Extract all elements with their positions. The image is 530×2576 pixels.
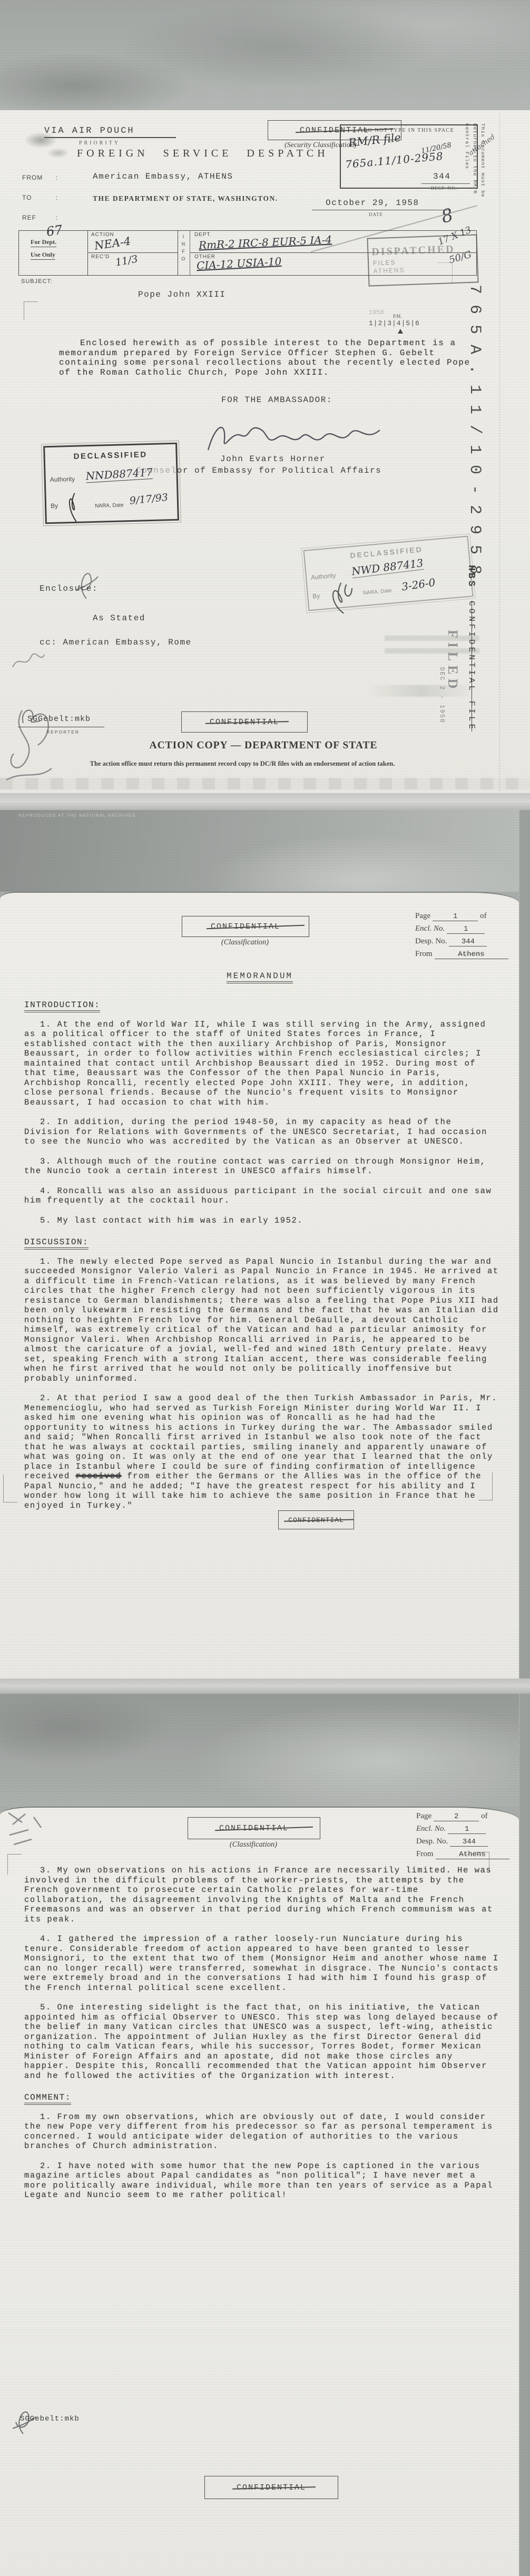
to-label: TO (22, 194, 32, 201)
page3-header-block: Page 2 of Encl. No. 1 Desp. No. 344 From… (416, 1812, 522, 1862)
subject-label: SUBJECT: (21, 278, 53, 285)
despatch-body-paragraph: Enclosed herewith as of possible interes… (59, 338, 471, 377)
received-stamp-year: 1958 (369, 309, 384, 316)
memo-paragraph: 5. One interesting sidelight is the fact… (24, 2003, 499, 2081)
footer-classification-page3: CONFIDENTIAL (237, 2483, 306, 2492)
classification-caption-page3: (Classification) (188, 1840, 319, 1849)
memo-paragraph: 4. I gathered the impression of a rather… (24, 1934, 499, 1993)
declassified1-authority-label: Authority (50, 475, 75, 483)
page-value: 2 (434, 1812, 479, 1821)
archives-note: REPRODUCED AT THE NATIONAL ARCHIVES (18, 813, 136, 818)
do-not-type-box: DO NOT TYPE IN THIS SPACE RM/R file 11/2… (340, 124, 478, 189)
encl-label: Encl. No. (415, 924, 445, 933)
despatch-body: Enclosed herewith as of possible interes… (59, 338, 471, 377)
desp-no-underline (421, 183, 470, 184)
from-value-p3: Athens (436, 1850, 509, 1859)
page2-body: INTRODUCTION: 1. At the end of World War… (24, 998, 499, 1520)
corner-bracket-right (437, 262, 453, 284)
declassified2-date: 3-26-0 (401, 576, 436, 593)
recd-label: REC'D (91, 254, 110, 260)
declassified2-by-label: By (312, 592, 320, 600)
for-the-ambassador: FOR THE AMBASSADOR: (221, 395, 332, 405)
discussion-heading: DISCUSSION: (24, 1237, 89, 1250)
classification-stamp-page2: CONFIDENTIAL (211, 922, 280, 931)
action-copy-title: ACTION COPY — DEPARTMENT OF STATE (121, 740, 406, 752)
memorandum-title: MEMORANDUM (227, 971, 293, 983)
do-not-type-label: DO NOT TYPE IN THIS SPACE (341, 128, 477, 133)
action-row-divider (88, 252, 178, 253)
to-colon: : (56, 194, 57, 201)
memo-paragraph: 2. In addition, during the period 1948-5… (24, 1117, 499, 1147)
desp-no-label: DESP. NO. (431, 186, 457, 191)
classification-box-page2: CONFIDENTIAL (182, 916, 309, 937)
margin-filed-stamp: FILED (445, 630, 460, 692)
declassified-stamp-1: DECLASSIFIED Authority NND887417 By NARA… (43, 443, 179, 524)
footer-classification-box-page2: CONFIDENTIAL (278, 1510, 354, 1529)
page-title: FOREIGN SERVICE DESPATCH (77, 148, 329, 160)
page3-bracket-left (7, 1854, 22, 1875)
declassified1-title: DECLASSIFIED (45, 450, 175, 462)
declassified2-by-signature (325, 579, 358, 618)
via-air-pouch-label: VIA AIR POUCH (44, 126, 176, 138)
classification-box-page3: CONFIDENTIAL (188, 1817, 320, 1839)
corner-bracket-top-left (24, 301, 38, 320)
from-label-p2: From (415, 950, 433, 959)
footer-classification-box-page1: CONFIDENTIAL (181, 711, 308, 733)
page-value: 1 (433, 912, 478, 921)
desp-number-row: Desp. No. 344 (415, 937, 521, 950)
desp-value: 344 (450, 1838, 488, 1847)
from-colon: : (56, 174, 57, 181)
reporter-label: REPORTER (46, 729, 80, 735)
declassified1-nara-label: NARA, Date (95, 502, 124, 509)
page3-body: 3. My own observations on his actions in… (24, 1866, 499, 2210)
scan2-top-gray-band (0, 810, 530, 892)
scan1-top-gray-band (0, 0, 530, 112)
cc-line: cc: American Embassy, Rome (40, 638, 192, 647)
declassified2-nara-label: NARA, Date (363, 588, 392, 597)
declassified1-by-label: By (51, 502, 58, 510)
declassified1-date: 9/17/93 (129, 492, 169, 507)
introduction-heading: INTRODUCTION: (24, 1000, 100, 1012)
info-label: INFO (181, 234, 186, 264)
received-stamp-arrow-icon (398, 329, 403, 334)
classification-stamp-page3: CONFIDENTIAL (219, 1824, 289, 1833)
margin-dec-date-stamp: DEC 2 - 1958 (438, 667, 445, 724)
encl-number-row: Encl. No. 1 (416, 1824, 522, 1837)
scan2-right-margin (519, 810, 530, 1679)
discussion-p2-struck-word: received (76, 1471, 122, 1481)
declassified1-authority-value: NND887417 (85, 466, 153, 483)
from-label: FROM (22, 174, 43, 181)
memo-paragraph: 3. Although much of the routine contact … (24, 1157, 499, 1176)
footer-classification-page2: CONFIDENTIAL (288, 1516, 344, 1524)
scan-separator-1 (0, 793, 530, 810)
page-number-row: Page 2 of (416, 1812, 522, 1824)
of-label: of (480, 912, 487, 921)
memo-paragraph: 1. The newly elected Pope served as Papa… (24, 1257, 499, 1384)
page3-pencil-marks (4, 1807, 55, 1852)
declassified2-authority-label: Authority (311, 572, 336, 581)
margin-confidential-file: CONFIDENTIAL FILE (467, 601, 476, 731)
received-stamp-pm: P.M. (393, 314, 402, 319)
ref-colon: : (56, 214, 57, 221)
encl-value: 1 (447, 925, 485, 934)
dept-label: DEPT. (194, 232, 212, 238)
reporter-underline (18, 727, 104, 727)
for-dept-label: For Dept. (31, 238, 56, 247)
handwritten-file-number: 765a.11/10-2958 (345, 150, 444, 171)
from-value: American Embassy, ATHENS (93, 172, 233, 181)
margin-hbs: HBS (466, 565, 476, 588)
page2-bracket-left (3, 1475, 17, 1502)
from-label-p3: From (416, 1850, 434, 1859)
encl-value: 1 (448, 1825, 486, 1834)
handwritten-rmr-file: RM/R file (348, 131, 401, 149)
info-cell: INFO (178, 231, 190, 275)
page2-header-block: Page 1 of Encl. No. 1 Desp. No. 344 From… (415, 912, 521, 962)
signer-name: John Evarts Horner (220, 454, 326, 464)
page1-right-crease (499, 113, 500, 791)
received-stamp-hours: 1|2|3|4|5|6 (369, 319, 420, 327)
page-label: Page (415, 912, 430, 921)
desp-label: Desp. No. (415, 937, 447, 946)
memo-paragraph: 5. My last contact with him was in early… (24, 1216, 499, 1226)
memo-paragraph: 4. Roncalli was also an assiduous partic… (24, 1186, 499, 1206)
reporter-hand-scribble (19, 705, 43, 726)
enclosure-flourish (68, 562, 100, 602)
dispatched-stamp: DISPATCHED FILES ATHENS (367, 234, 478, 286)
from-value-p2: Athens (435, 950, 508, 959)
page-label: Page (416, 1812, 431, 1821)
encl-label: Encl. No. (416, 1824, 446, 1833)
ref-label: REF (22, 214, 36, 221)
handwritten-recd-value: 11/3 (114, 253, 139, 268)
enclosure-value: As Stated (93, 613, 145, 623)
comment-heading: COMMENT: (24, 2093, 71, 2105)
memo-paragraph: 1. From my own observations, which are o… (24, 2112, 499, 2151)
declassified1-by-signature (64, 490, 86, 527)
declassified2-authority-value: NWD 887413 (351, 557, 424, 578)
page2-bracket-right (478, 1472, 493, 1500)
discussion-p2-pre: 2. At that period I saw a good deal of t… (24, 1393, 497, 1481)
memo-paragraph: 3. My own observations on his actions in… (24, 1866, 499, 1924)
action-recd-cell: ACTION NEA-4 REC'D 11/3 (88, 231, 178, 275)
handwritten-67: 67 (45, 222, 63, 239)
subject-value: Pope John XXIII (138, 290, 226, 299)
desp-value: 344 (449, 938, 487, 947)
desp-number-row: Desp. No. 344 (416, 1837, 522, 1850)
left-margin-pencil-mark (9, 649, 46, 672)
document-scan-canvas: VIA AIR POUCH PRIORITY CONFIDENTIAL (Sec… (0, 0, 530, 2576)
desp-label: Desp. No. (416, 1837, 448, 1846)
use-only-label: Use Only (31, 251, 55, 260)
enclosure-label: Enclosure: (40, 584, 98, 593)
action-copy-note: The action office must return this perma… (58, 760, 427, 768)
from-row: From Athens (416, 1850, 522, 1862)
to-value: THE DEPARTMENT OF STATE, WASHINGTON. (93, 194, 278, 203)
classification-caption-page2: (Classification) (182, 938, 308, 947)
page3-reporter-value: SGGebelt:mkb (20, 2415, 80, 2423)
faint-stamp-smudge (385, 628, 479, 653)
encl-number-row: Encl. No. 1 (415, 924, 521, 937)
via-air-pouch-text: VIA AIR POUCH (44, 126, 135, 136)
page-number-row: Page 1 of (415, 912, 521, 924)
handwritten-dept-value: RmR-2 IRC-8 EUR-5 IA-4 (199, 233, 332, 251)
memo-paragraph: 2. At that period I saw a good deal of t… (24, 1393, 499, 1510)
footer-classification-page1: CONFIDENTIAL (210, 718, 279, 727)
of-label: of (481, 1812, 488, 1821)
page1-bottom-stripe (0, 778, 530, 789)
scan3-top-gray-band (0, 1694, 530, 1807)
from-row: From Athens (415, 950, 521, 962)
scan-separator-2 (0, 1679, 530, 1694)
footer-classification-box-page3: CONFIDENTIAL (204, 2476, 338, 2499)
desp-no-value: 344 (433, 172, 450, 181)
memo-paragraph: 1. At the end of World War II, while I w… (24, 1020, 499, 1108)
priority-label: PRIORITY (79, 140, 120, 146)
memo-paragraph: 2. I have noted with some humor that the… (24, 2161, 499, 2200)
